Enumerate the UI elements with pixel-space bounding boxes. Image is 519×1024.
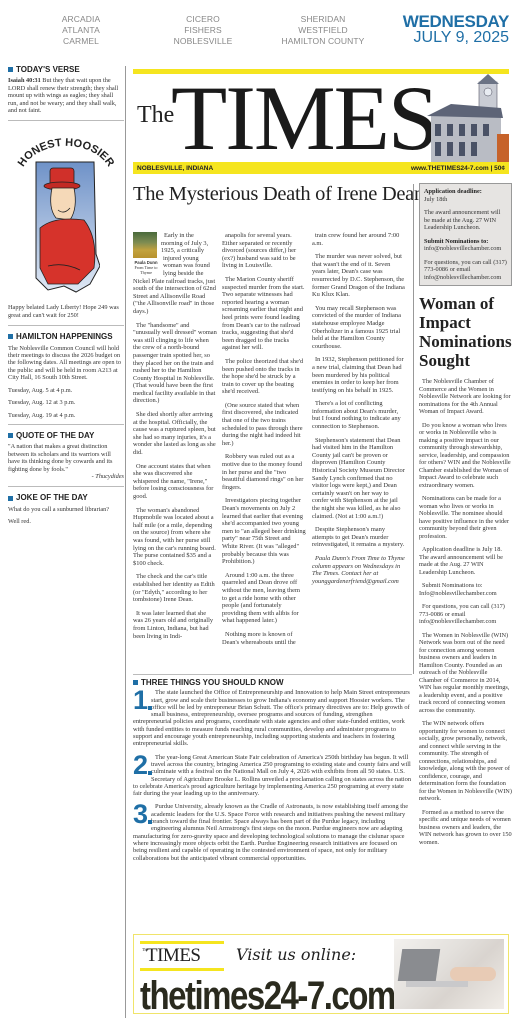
nomination-info-box: Application deadline:July 18th The award… bbox=[419, 183, 512, 286]
announcement-text: The award announcement will be made at t… bbox=[424, 209, 507, 232]
section-heading: QUOTE OF THE DAY bbox=[8, 432, 124, 439]
bullet-dot-icon bbox=[148, 820, 152, 824]
article-paragraph: Robbery was ruled out as a motive due to… bbox=[222, 453, 306, 491]
three-things-item: 2The year-long Great American State Fair… bbox=[133, 754, 412, 798]
hoosier-man-icon bbox=[34, 158, 100, 293]
article-paragraph: It was later learned that she was 26 yea… bbox=[133, 610, 217, 640]
town: CICERO bbox=[173, 14, 233, 25]
visit-online-ad[interactable]: The TIMES Visit us online: thetimes24-7.… bbox=[133, 934, 509, 1014]
divider bbox=[8, 120, 124, 121]
town: FISHERS bbox=[173, 25, 233, 36]
article-headline: The Mysterious Death of Irene Dean bbox=[133, 183, 413, 206]
article-paragraph: Application deadline is July 18. The awa… bbox=[419, 546, 512, 576]
article-paragraph: For questions, you can call (317) 773-00… bbox=[419, 603, 512, 626]
joke-question: What do you call a sunburned librarian? bbox=[8, 506, 124, 513]
article-paragraph: One account states that when she was dis… bbox=[133, 463, 217, 501]
article-paragraph: Nothing more is known of Dean's whereabo… bbox=[222, 631, 306, 646]
bullet-square-icon bbox=[8, 67, 13, 72]
section-heading: JOKE OF THE DAY bbox=[8, 494, 124, 501]
item-text: The year-long Great American State Fair … bbox=[133, 754, 411, 797]
bullet-dot-icon bbox=[148, 706, 152, 710]
todays-verse-section: TODAY'S VERSE Isaiah 40:31 But they that… bbox=[8, 66, 124, 114]
town: CARMEL bbox=[55, 36, 107, 47]
town-list-2: CICERO FISHERS NOBLESVILLE bbox=[173, 14, 233, 47]
town-list-1: ARCADIA ATLANTA CARMEL bbox=[55, 14, 107, 47]
article-paragraph: The WIN network offers opportunity for w… bbox=[419, 720, 512, 803]
article-paragraph: In 1932, Stephenson petitioned for a new… bbox=[312, 356, 405, 394]
article-paragraph: The murder was never solved, but that wa… bbox=[312, 253, 405, 299]
author-column: From Time to Thyme bbox=[134, 265, 157, 275]
article-paragraph: Nominations can be made for a woman who … bbox=[419, 495, 512, 540]
laptop-icon bbox=[398, 949, 440, 981]
hamilton-text: The Noblesville Common Council will hold… bbox=[8, 345, 124, 382]
quote-of-the-day-section: QUOTE OF THE DAY "A nation that makes a … bbox=[8, 432, 124, 480]
article-paragraph: Formed as a method to serve the specific… bbox=[419, 809, 512, 847]
author-caption: Paula Dunn From Time to Thyme bbox=[133, 260, 159, 275]
masthead-info-bar: NOBLESVILLE, INDIANA www.THETIMES24-7.co… bbox=[133, 162, 509, 174]
article-paragraph: The Women in Noblesville (WIN) Network w… bbox=[419, 632, 512, 715]
author-tagline: Paula Dunn's From Time to Thyme column a… bbox=[312, 555, 405, 585]
author-photo bbox=[133, 232, 157, 258]
three-things-item: 3Purdue University, already known as the… bbox=[133, 803, 412, 861]
date: JULY 9, 2025 bbox=[403, 30, 509, 46]
article-paragraph: Stephenson's statement that Dean had vis… bbox=[312, 437, 405, 521]
meeting-date: Tuesday, Aug. 19 at 4 p.m. bbox=[8, 412, 124, 419]
hoosier-caption: Happy belated Lady Liberty! Hope 249 was… bbox=[8, 304, 124, 319]
submit-email[interactable]: info@noblesvillechamber.com bbox=[424, 245, 501, 252]
section-heading: THREE THINGS YOU SHOULD KNOW bbox=[133, 679, 412, 686]
weekday: WEDNESDAY bbox=[403, 14, 509, 30]
divider bbox=[133, 674, 412, 675]
town: SHERIDAN bbox=[278, 14, 368, 25]
article-paragraph: She died shortly after arriving at the h… bbox=[133, 411, 217, 457]
divider bbox=[8, 486, 124, 487]
deadline-value: July 18th bbox=[424, 196, 447, 203]
item-number: 3 bbox=[133, 803, 148, 826]
bullet-square-icon bbox=[8, 334, 13, 339]
joke-answer: Well red. bbox=[8, 518, 124, 525]
masthead-the: The bbox=[137, 102, 174, 129]
article-paragraph: The Marion County sheriff suspected murd… bbox=[222, 276, 306, 352]
meeting-date: Tuesday, Aug. 12 at 3 p.m. bbox=[8, 399, 124, 406]
article-column-1: Paula Dunn From Time to Thyme Early in t… bbox=[133, 232, 217, 646]
article-paragraph: There's a lot of conflicting information… bbox=[312, 400, 405, 430]
article-paragraph: The "handsome" and "unusually well dress… bbox=[133, 322, 217, 406]
submit-label: Submit Nominations to: bbox=[424, 238, 488, 245]
section-heading: HAMILTON HAPPENINGS bbox=[8, 333, 124, 340]
town: ATLANTA bbox=[55, 25, 107, 36]
meeting-date: Tuesday, Aug. 5 at 4 p.m. bbox=[8, 387, 124, 394]
article-paragraph: anapolis for several years. Either separ… bbox=[222, 232, 306, 270]
section-heading: TODAY'S VERSE bbox=[8, 66, 124, 73]
article-paragraph: Submit Nominations to: Info@noblesvillec… bbox=[419, 582, 512, 597]
item-text: The state launched the Office of Entrepr… bbox=[133, 689, 410, 747]
bullet-dot-icon bbox=[148, 771, 152, 775]
three-things-section: THREE THINGS YOU SHOULD KNOW 1The state … bbox=[133, 679, 412, 868]
honest-hoosier-cartoon: HONEST HOOSIER bbox=[16, 128, 116, 298]
verse-reference: Isaiah 40:31 bbox=[8, 77, 41, 84]
article-column-2: anapolis for several years. Either separ… bbox=[222, 232, 306, 652]
town: HAMILTON COUNTY bbox=[278, 36, 368, 47]
item-text: Purdue University, already known as the … bbox=[133, 803, 408, 861]
article-paragraph: The woman's abandoned Hupmobile was loca… bbox=[133, 507, 217, 568]
three-things-item: 1The state launched the Office of Entrep… bbox=[133, 689, 412, 747]
date-block: WEDNESDAY JULY 9, 2025 bbox=[403, 14, 509, 46]
quote-text: "A nation that makes a great distinction… bbox=[8, 443, 124, 473]
bullet-square-icon bbox=[133, 680, 138, 685]
left-sidebar: TODAY'S VERSE Isaiah 40:31 But they that… bbox=[8, 66, 124, 531]
article-paragraph: train crew found her around 7:00 a.m. bbox=[312, 232, 405, 247]
questions-text: For questions, you can call (317) 773-00… bbox=[424, 259, 507, 282]
article-paragraph: (One source stated that when first disco… bbox=[222, 402, 306, 448]
times-logo: The TIMES bbox=[140, 941, 224, 971]
quote-author: - Thucydides bbox=[8, 473, 124, 480]
article-paragraph: The Noblesville Chamber of Commerce and … bbox=[419, 378, 512, 416]
article-column-3: train crew found her around 7:00 a.m. Th… bbox=[312, 232, 405, 591]
divider bbox=[8, 325, 124, 326]
location: NOBLESVILLE, INDIANA bbox=[137, 165, 213, 172]
article-paragraph: Around 1:00 a.m. the three quarreled and… bbox=[222, 572, 306, 625]
woman-of-impact-body: The Noblesville Chamber of Commerce and … bbox=[419, 378, 512, 846]
courthouse-building-icon bbox=[421, 74, 509, 162]
article-paragraph: Do you know a woman who lives or works i… bbox=[419, 422, 512, 490]
town: WESTFIELD bbox=[278, 25, 368, 36]
website-link[interactable]: thetimes24-7.com bbox=[140, 973, 395, 1019]
hamilton-happenings-section: HAMILTON HAPPENINGS The Noblesville Comm… bbox=[8, 333, 124, 419]
divider bbox=[8, 424, 124, 425]
right-column: Application deadline:July 18th The award… bbox=[419, 183, 512, 852]
article-paragraph: Investigators piecing together Dean's mo… bbox=[222, 497, 306, 565]
article-paragraph: You may recall Stephenson was convicted … bbox=[312, 305, 405, 351]
column-divider bbox=[125, 66, 126, 1018]
joke-of-the-day-section: JOKE OF THE DAY What do you call a sunbu… bbox=[8, 494, 124, 525]
woman-of-impact-headline: Woman of Impact Nominations Sought bbox=[419, 294, 512, 370]
article-paragraph: Despite Stephenson's many attempts to ge… bbox=[312, 526, 405, 549]
visit-text: Visit us online: bbox=[236, 945, 356, 964]
masthead-title: TIMES bbox=[171, 68, 437, 168]
website-price[interactable]: www.THETIMES24-7.com | 50¢ bbox=[411, 165, 505, 172]
column-divider bbox=[413, 184, 414, 674]
deadline-label: Application deadline: bbox=[424, 188, 482, 195]
town: NOBLESVILLE bbox=[173, 36, 233, 47]
item-number: 2 bbox=[133, 754, 148, 777]
article-paragraph: The police theorized that she'd been pus… bbox=[222, 358, 306, 396]
bullet-square-icon bbox=[8, 433, 13, 438]
masthead: The TIMES bbox=[133, 74, 509, 162]
item-number: 1 bbox=[133, 689, 148, 712]
town-list-3: SHERIDAN WESTFIELD HAMILTON COUNTY bbox=[278, 14, 368, 47]
bullet-square-icon bbox=[8, 496, 13, 501]
town: ARCADIA bbox=[55, 14, 107, 25]
article-paragraph: The check and the car's title establishe… bbox=[133, 573, 217, 603]
laptop-photo bbox=[394, 939, 504, 1009]
